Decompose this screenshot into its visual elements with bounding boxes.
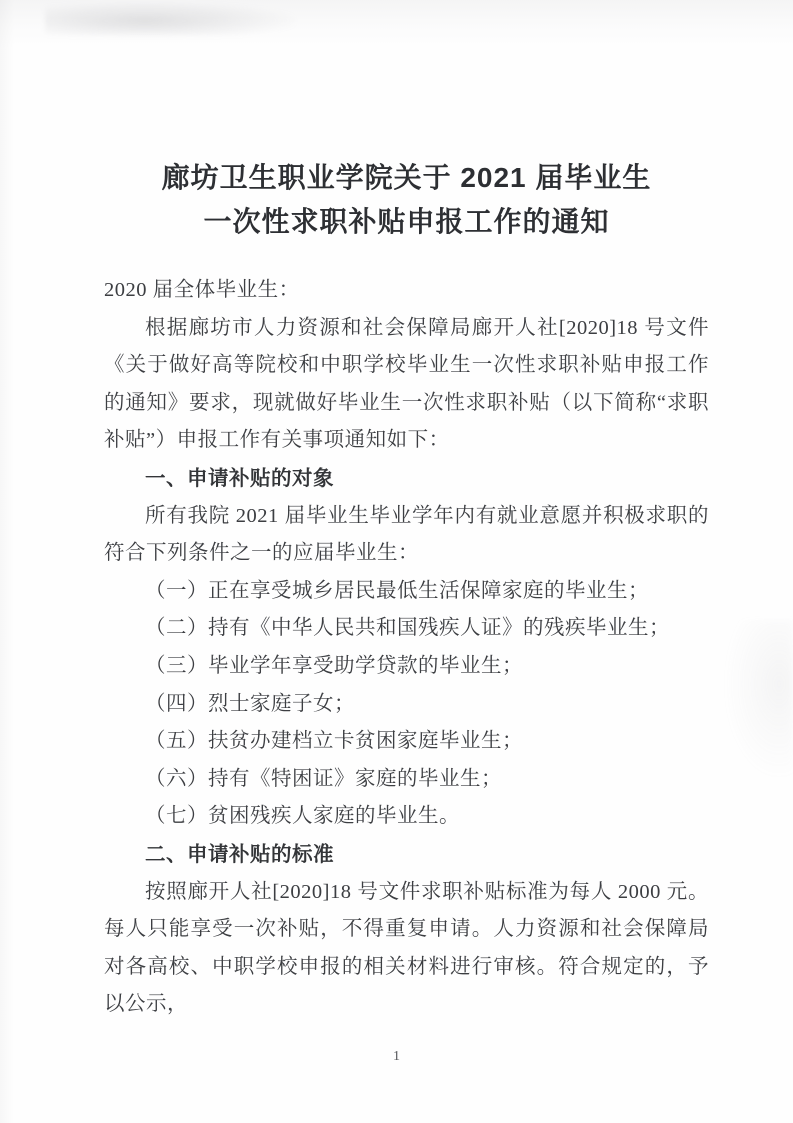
list-item-4: （四）烈士家庭子女； [104, 686, 709, 724]
salutation: 2020 届全体毕业生： [104, 272, 709, 310]
section1-heading: 一、申请补贴的对象 [104, 460, 709, 498]
scan-artifact-smudge [45, 2, 295, 36]
document-title-line-1: 廊坊卫生职业学院关于 2021 届毕业生 [104, 156, 709, 200]
section2-body: 按照廊开人社[2020]18 号文件求职补贴标准为每人 2000 元。每人只能享… [104, 874, 709, 1024]
document-body: 2020 届全体毕业生： 根据廊坊市人力资源和社会保障局廊开人社[2020]18… [104, 272, 709, 1024]
list-item-6: （六）持有《特困证》家庭的毕业生； [104, 761, 709, 799]
list-item-1: （一）正在享受城乡居民最低生活保障家庭的毕业生； [104, 573, 709, 611]
section2-heading: 二、申请补贴的标准 [104, 836, 709, 874]
intro-paragraph: 根据廊坊市人力资源和社会保障局廊开人社[2020]18 号文件《关于做好高等院校… [104, 310, 709, 460]
scan-artifact-top-shade [0, 0, 793, 48]
list-item-3: （三）毕业学年享受助学贷款的毕业生； [104, 648, 709, 686]
page-number: 1 [0, 1049, 793, 1065]
list-item-2: （二）持有《中华人民共和国残疾人证》的残疾毕业生； [104, 610, 709, 648]
list-item-5: （五）扶贫办建档立卡贫困家庭毕业生； [104, 723, 709, 761]
scan-artifact-right-blot [723, 620, 793, 780]
list-item-7: （七）贫困残疾人家庭的毕业生。 [104, 798, 709, 836]
document-content: 廊坊卫生职业学院关于 2021 届毕业生 一次性求职补贴申报工作的通知 2020… [104, 156, 709, 1024]
document-title: 廊坊卫生职业学院关于 2021 届毕业生 一次性求职补贴申报工作的通知 [104, 156, 709, 244]
section1-intro: 所有我院 2021 届毕业生毕业学年内有就业意愿并积极求职的符合下列条件之一的应… [104, 498, 709, 573]
scan-artifact-left-shade [0, 0, 14, 1123]
document-title-line-2: 一次性求职补贴申报工作的通知 [104, 200, 709, 244]
scanned-document-page: 廊坊卫生职业学院关于 2021 届毕业生 一次性求职补贴申报工作的通知 2020… [0, 0, 793, 1123]
